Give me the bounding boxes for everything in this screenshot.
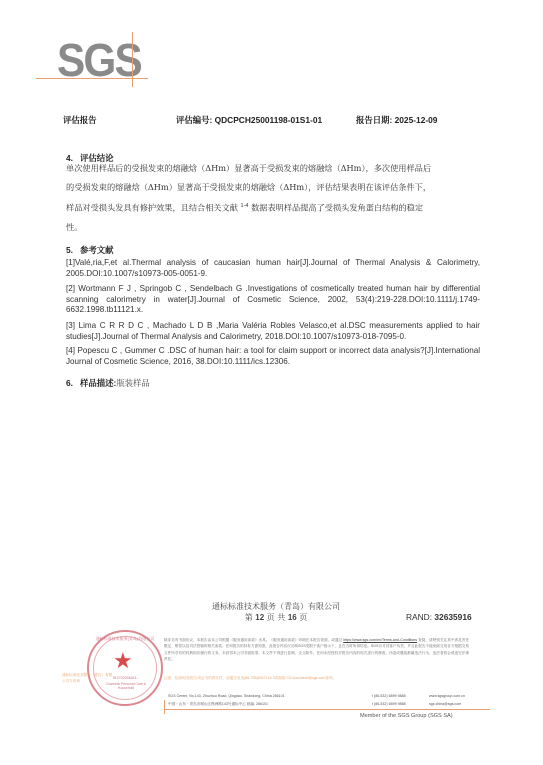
legal-disclaimer: 除非另有书面协议，本报告由本公司根据《服务通用条款》出具。《服务通用条款》印刷在… [164,637,469,663]
website-link[interactable]: www.sgsgroup.com.cn [429,692,465,700]
report-date: 报告日期: 2025-12-09 [356,114,437,126]
company-seal-stamp: 通标标准技术服务(青岛)有限公司 ★ 91370200MA3... Cosmet… [87,630,163,706]
section-sample-title: 6.样品描述:瓶装样品 [66,377,150,389]
terms-link[interactable]: https://www.sgs.com/en/Terms-and-Conditi… [343,638,417,642]
report-number: 评估编号: QDCPCH25001198-01S1-01 [176,114,322,126]
section-title: 参考文献 [80,245,114,255]
conclusion-line: 的受损发束的熔融焓（ΔHm）显著高于受损发束的熔融焓（ΔHm），评估结果表明在该… [66,178,476,197]
conclusion-line: 性。 [66,218,476,237]
sgs-logo: SGS [36,32,148,90]
footer-divider [164,709,490,710]
company-name: 通标标准技术服务（青岛）有限公司 [200,601,352,612]
conclusion-line: 单次使用样品后的受损发束的熔融焓（ΔHm）显著高于受损发束的熔融焓（ΔHm），多… [66,159,476,178]
address-chinese: 中国・山东・青岛市崂山区株洲路143号通标中心 邮编: 266101 [168,700,268,708]
conclusion-paragraph: 单次使用样品后的受损发束的熔融焓（ΔHm）显著高于受损发束的熔融焓（ΔHm），多… [66,159,476,237]
section-number: 6. [66,378,80,388]
rand-code: RAND: 32635916 [406,612,472,622]
stamp-side-text: 通标标准技术服务（青岛）有限公司专用章 [62,672,114,684]
total-pages: 16 [288,613,297,622]
current-page: 12 [255,613,264,622]
phone-number: t (86-532) 6899 9888 [372,700,406,708]
page-indicator: 第 12 页 共 16 页 [200,612,352,623]
conclusion-line: 样品对受损头发具有修护效果，且结合相关文献 1-4 数据表明样品提高了受损头发角… [66,197,476,218]
logo-text: SGS [57,37,141,83]
stamp-ring-text: 通标标准技术服务(青岛)有限公司 [95,636,155,642]
report-type: 评估报告 [63,114,97,126]
phone-number: t (86-532) 6899 9888 [372,692,406,700]
sample-description: 瓶装样品 [116,378,150,388]
section-references-title: 5.参考文献 [66,244,114,256]
member-statement: Member of the SGS Group (SGS SA) [360,713,453,719]
email-link[interactable]: sgs.china@sgs.com [429,700,461,708]
footer-vertical-rule [164,700,165,714]
reference-item: [1]Valé,ria,F,et al.Thermal analysis of … [66,258,480,279]
verification-notice: 注意：检测/检验报告或证书的真实性，请通过电话(86-755)8307144 3… [164,675,469,681]
section-number: 5. [66,245,80,255]
address-block: SGS Center, No.143, Zhuzhou Road, Qingda… [164,692,494,708]
citation-superscript: 1-4 [241,203,249,209]
reference-item: [3] Lima C R R D C , Machado L D B ,Mari… [66,321,480,342]
logo-vertical-rule [132,32,133,87]
section-title: 样品描述: [80,378,116,388]
address-english: SGS Center, No.143, Zhuzhou Road, Qingda… [168,692,285,700]
report-page: SGS 评估报告 评估编号: QDCPCH25001198-01S1-01 报告… [0,0,543,765]
star-icon: ★ [113,650,133,672]
reference-item: [2] Wortmann F J , Springob C , Sendelba… [66,284,480,316]
rand-value: 32635916 [434,612,471,622]
reference-item: [4] Popescu C , Gummer C .DSC of human h… [66,346,480,367]
